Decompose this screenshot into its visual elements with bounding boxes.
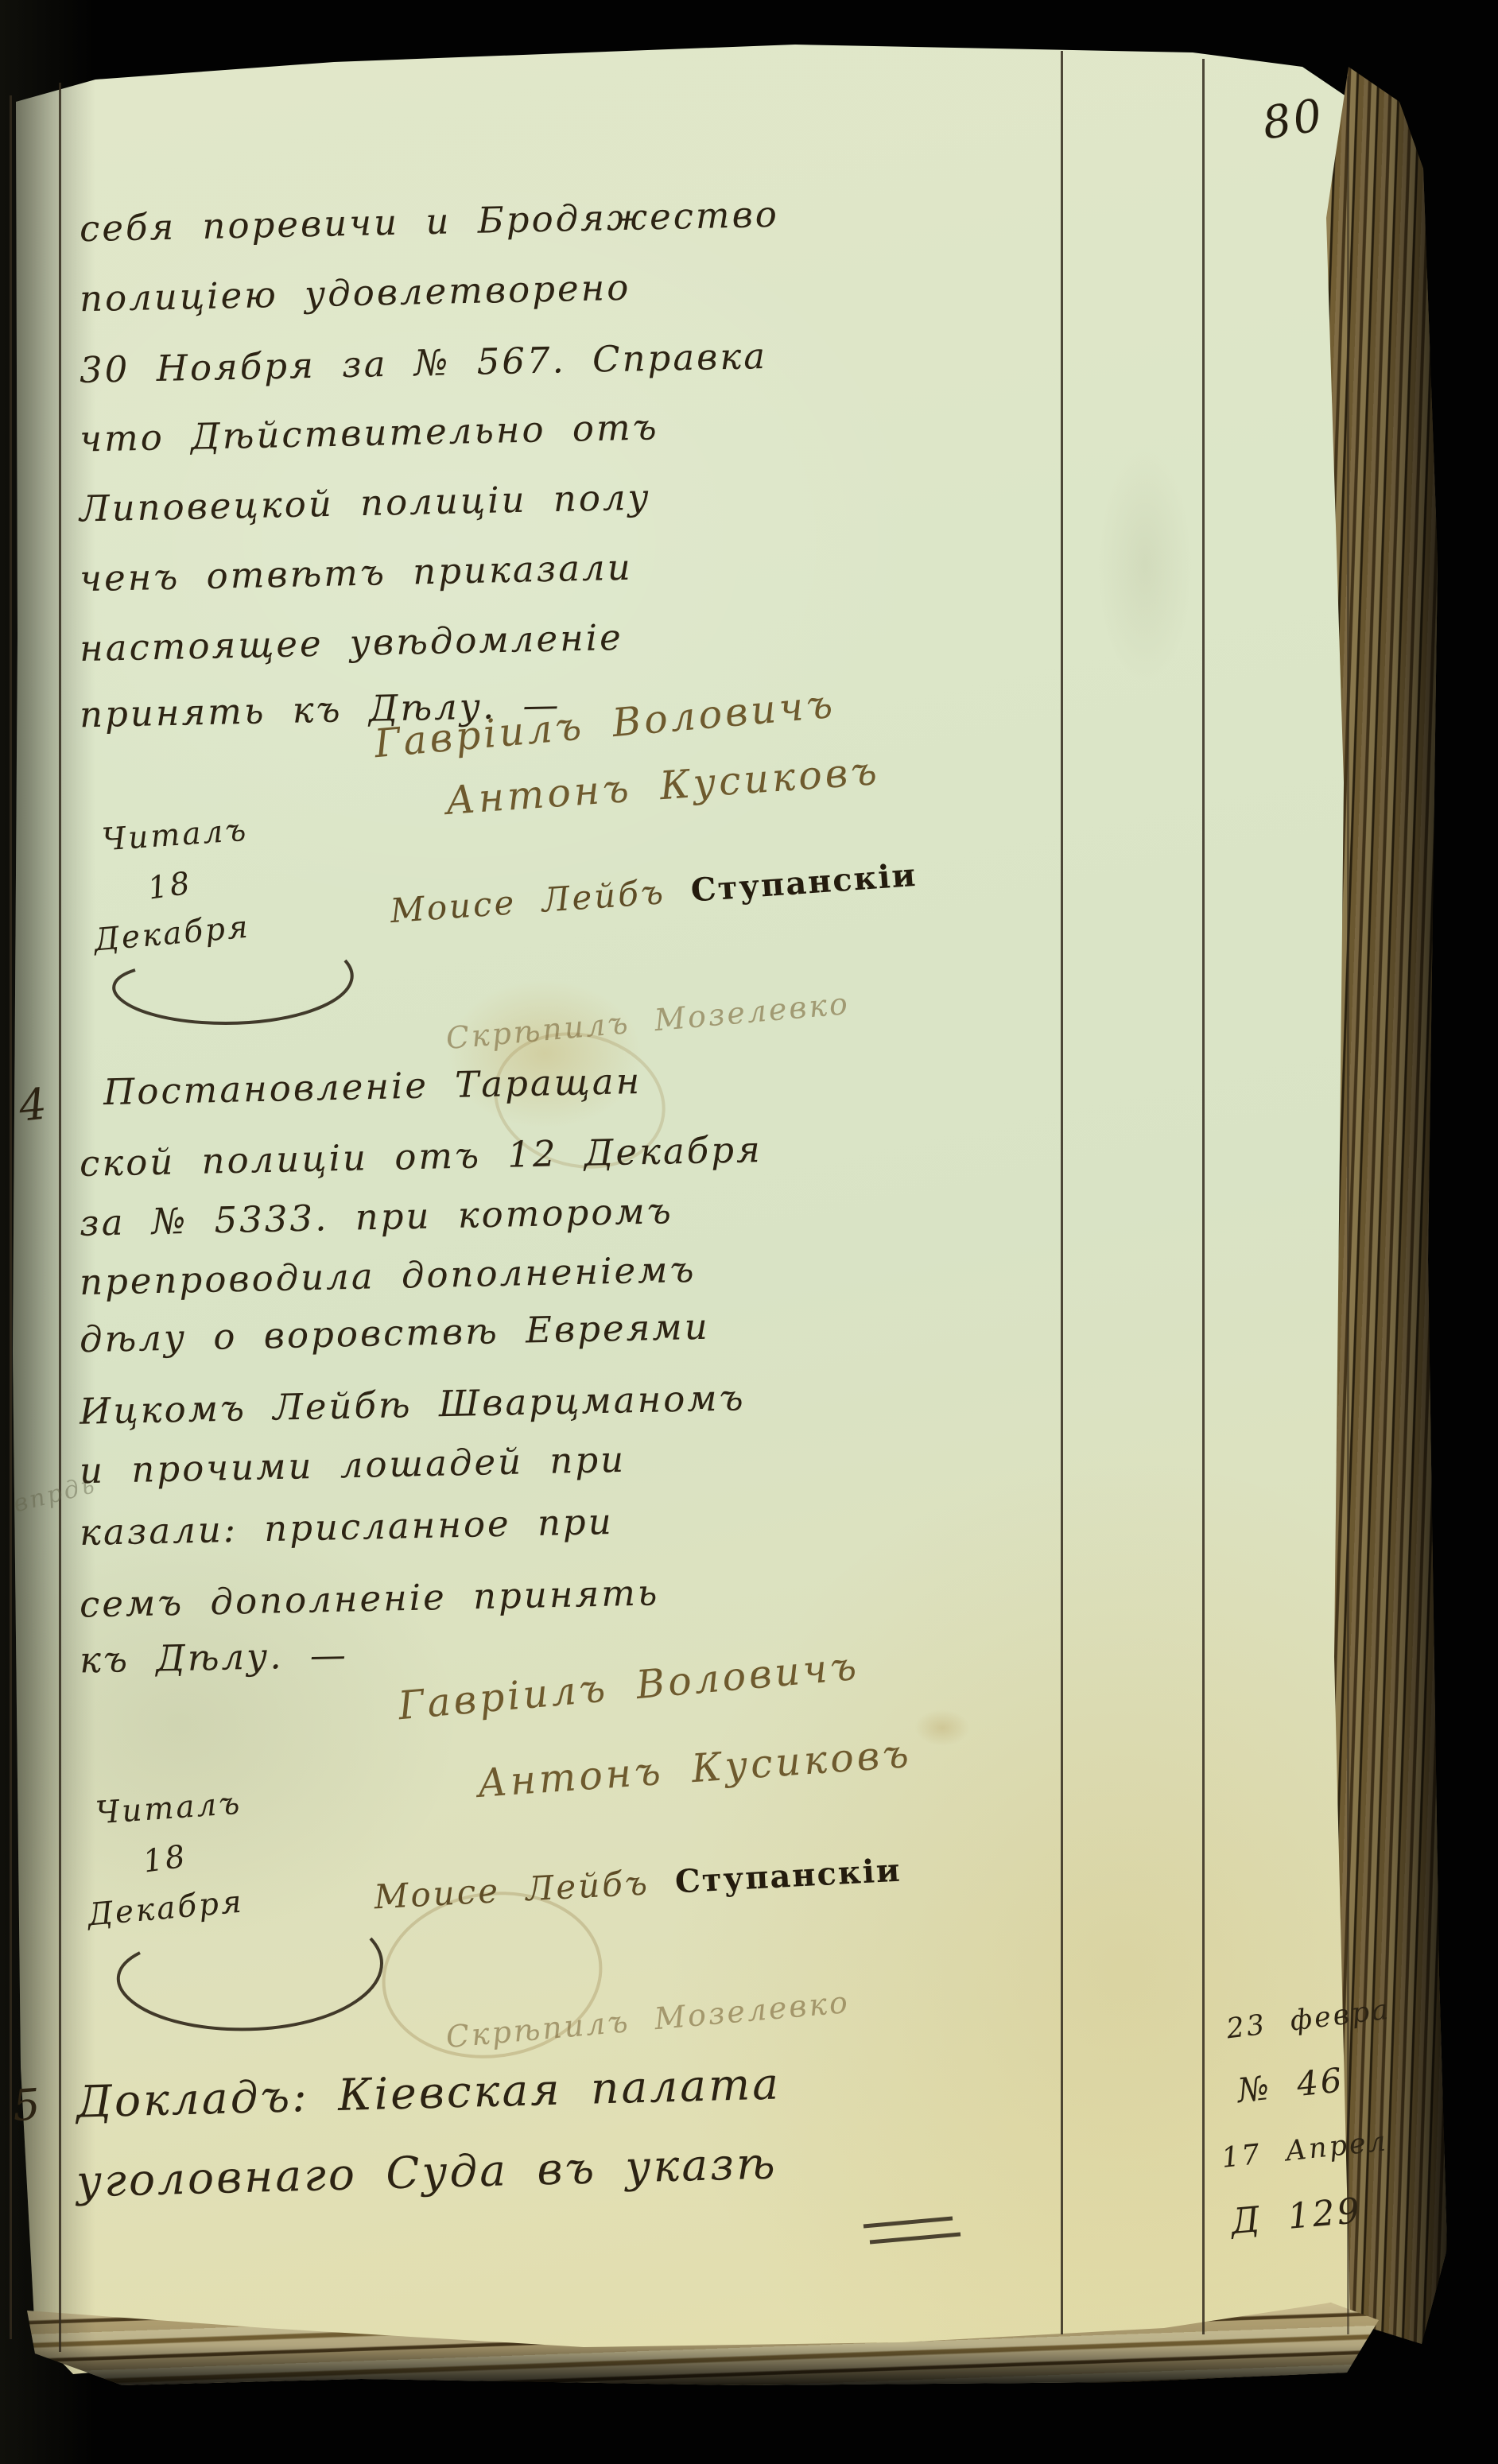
ruled-line-margin-column xyxy=(1202,59,1205,2334)
ruled-line-left-edge xyxy=(10,95,12,2339)
page-number: 80 xyxy=(1259,89,1327,149)
ruled-line-text-right xyxy=(1061,51,1063,2334)
ruled-line-outer xyxy=(1347,76,1349,2334)
entry-number: 4 xyxy=(17,1078,52,1131)
ruled-line-number-column xyxy=(59,83,61,2352)
entry4-line: къ Дѣлу. — xyxy=(79,1633,348,1681)
margin-read-date: 18 xyxy=(146,865,194,906)
margin-read-date: 18 xyxy=(141,1838,189,1880)
scanned-ledger-page: 80 себя поревичи и Бродяжество полиціею … xyxy=(0,0,1498,2464)
entry-number: 5 xyxy=(11,2079,45,2131)
